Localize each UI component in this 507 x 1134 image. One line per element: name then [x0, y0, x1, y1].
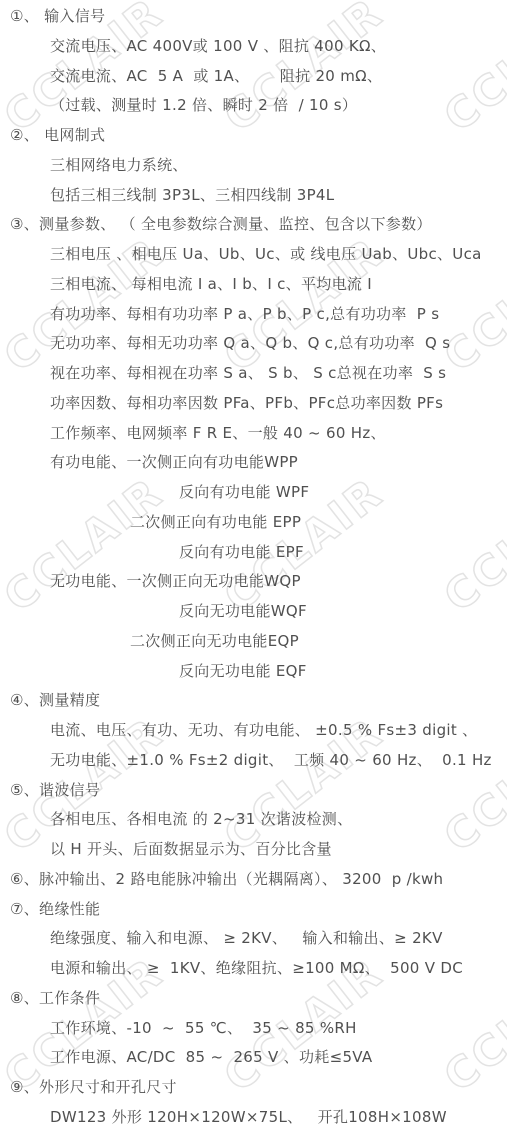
section-heading: ③、测量参数、 （ 全电参数综合测量、监控、包含以下参数）: [0, 210, 507, 240]
spec-line: 反向有功电能 WPF: [0, 478, 507, 508]
spec-line: 无功功率、每相无功功率 Q a、Q b、Q c,总有功功率 Q s: [0, 329, 507, 359]
section-heading: ⑧、工作条件: [0, 984, 507, 1014]
spec-line: 三相电压 、相电压 Ua、Ub、Uc、或 线电压 Uab、Ubc、Uca: [0, 240, 507, 270]
spec-line: 无功电能、±1.0 % Fs±2 digit、 工频 40 ~ 60 Hz、 0…: [0, 746, 507, 776]
spec-line: 工作环境、-10 ~ 55 ℃、 35 ~ 85 %RH: [0, 1014, 507, 1044]
spec-line: 反向有功电能 EPF: [0, 538, 507, 568]
section-heading: ⑥、脉冲输出、2 路电能脉冲输出（光耦隔离）、 3200 p /kwh: [0, 865, 507, 895]
section-heading: ⑨、外形尺寸和开孔尺寸: [0, 1073, 507, 1103]
spec-line: 交流电流、AC 5 A 或 1A、 阻抗 20 mΩ、: [0, 62, 507, 92]
spec-line: 功率因数、每相功率因数 PFa、PFb、PFc总功率因数 PFs: [0, 389, 507, 419]
spec-line: 三相电流、 每相电流 I a、I b、I c、平均电流 I: [0, 270, 507, 300]
section-heading: ①、 输入信号: [0, 2, 507, 32]
spec-line: 二次侧正向无功电能EQP: [0, 627, 507, 657]
spec-line: 包括三相三线制 3P3L、三相四线制 3P4L: [0, 181, 507, 211]
spec-line: 绝缘强度、输入和电源、 ≥ 2KV、 输入和输出、≥ 2KV: [0, 924, 507, 954]
spec-line: DW123 外形 120H×120W×75L、 开孔108H×108W: [0, 1103, 507, 1133]
spec-line: 交流电压、AC 400V或 100 V 、阻抗 400 KΩ、: [0, 32, 507, 62]
spec-line: 有功电能、一次侧正向有功电能WPP: [0, 448, 507, 478]
spec-line: 三相网络电力系统、: [0, 151, 507, 181]
section-heading: ⑦、绝缘性能: [0, 895, 507, 925]
spec-line: 反向无功电能 EQF: [0, 657, 507, 687]
spec-line: 各相电压、各相电流 的 2~31 次谐波检测、: [0, 805, 507, 835]
section-heading: ④、测量精度: [0, 686, 507, 716]
spec-line: 工作电源、AC/DC 85 ~ 265 V 、功耗≤5VA: [0, 1043, 507, 1073]
spec-line: 反向无功电能WQF: [0, 597, 507, 627]
spec-line: 无功电能、一次侧正向无功电能WQP: [0, 567, 507, 597]
spec-line: 电源和输出、 ≥ 1KV、绝缘阻抗、≥100 MΩ、 500 V DC: [0, 954, 507, 984]
spec-line: 以 H 开头、后面数据显示为、百分比含量: [0, 835, 507, 865]
spec-document-page: CCLAIRCCLAIRCCLAIRCCLAIRCCLAIRCCLAIRCCLA…: [0, 0, 507, 1134]
spec-line: 电流、电压、有功、无功、有功电能、 ±0.5 % Fs±3 digit 、: [0, 716, 507, 746]
spec-line: 二次侧正向有功电能 EPP: [0, 508, 507, 538]
section-heading: ⑤、谐波信号: [0, 776, 507, 806]
spec-list: ①、 输入信号交流电压、AC 400V或 100 V 、阻抗 400 KΩ、交流…: [0, 2, 507, 1133]
spec-line: 视在功率、每相视在功率 S a、 S b、 S c总视在功率 S s: [0, 359, 507, 389]
spec-line: 工作频率、电网频率 F R E、一般 40 ~ 60 Hz、: [0, 419, 507, 449]
section-heading: ②、 电网制式: [0, 121, 507, 151]
spec-line: （过载、测量时 1.2 倍、瞬时 2 倍 / 10 s）: [0, 91, 507, 121]
spec-line: 有功功率、每相有功功率 P a、P b、P c,总有功功率 P s: [0, 300, 507, 330]
